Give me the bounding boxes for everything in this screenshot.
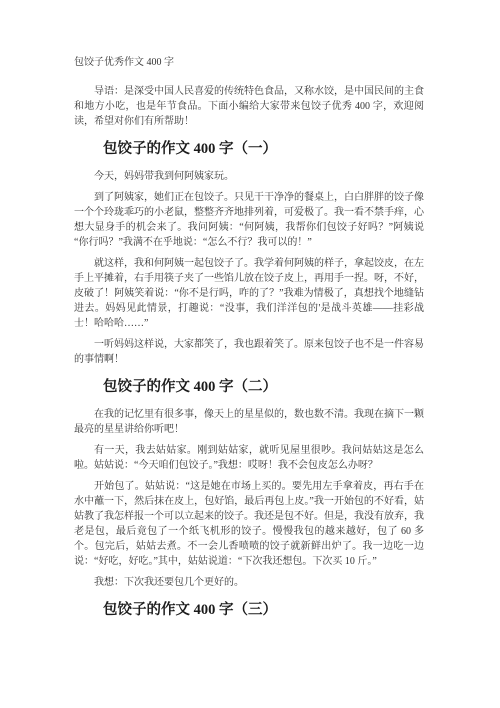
doc-title: 包饺子优秀作文 400 字 [74, 55, 424, 70]
section-1-paragraph-3: 就这样，我和何阿姨一起包饺子了。我学着何阿姨的样子，拿起饺皮，在左手上平摊着，右… [74, 256, 424, 331]
section-1-heading: 包饺子的作文 400 字（一） [74, 139, 424, 160]
section-2-paragraph-1: 在我的记忆里有很多事，像天上的星星似的，数也数不清。我现在摘下一颗最亮的星星讲给… [74, 407, 424, 437]
section-1-paragraph-2: 到了阿姨家，她们正在包饺子。只见干干净净的餐桌上，白白胖胖的饺子像一个个玲珑乖巧… [74, 190, 424, 250]
section-1-paragraph-4: 一听妈妈这样说，大家都笑了，我也跟着笑了。原来包饺子也不是一件容易的事情啊！ [74, 337, 424, 367]
section-2-paragraph-2: 有一天，我去姑姑家。刚到姑姑家，就听见屋里很吵。我问姑姑这是怎么啦。姑姑说：“今… [74, 443, 424, 473]
section-2-paragraph-4: 我想：下次我还要包几个更好的。 [74, 575, 424, 590]
section-1-paragraph-1: 今天，妈妈带我到何阿姨家玩。 [74, 169, 424, 184]
section-2-heading: 包饺子的作文 400 字（二） [74, 377, 424, 398]
document-page: 包饺子优秀作文 400 字 导语：是深受中国人民喜爱的传统特色食品，又称水饺，是… [0, 0, 500, 708]
section-2-paragraph-3: 开始包了。姑姑说：“这是她在市场上买的。要先用左手拿着皮，再右手在水中蘸一下，然… [74, 479, 424, 569]
intro-paragraph: 导语：是深受中国人民喜爱的传统特色食品，又称水饺，是中国民间的主食和地方小吃，也… [74, 84, 424, 129]
section-3-heading: 包饺子的作文 400 字（三） [74, 600, 424, 621]
